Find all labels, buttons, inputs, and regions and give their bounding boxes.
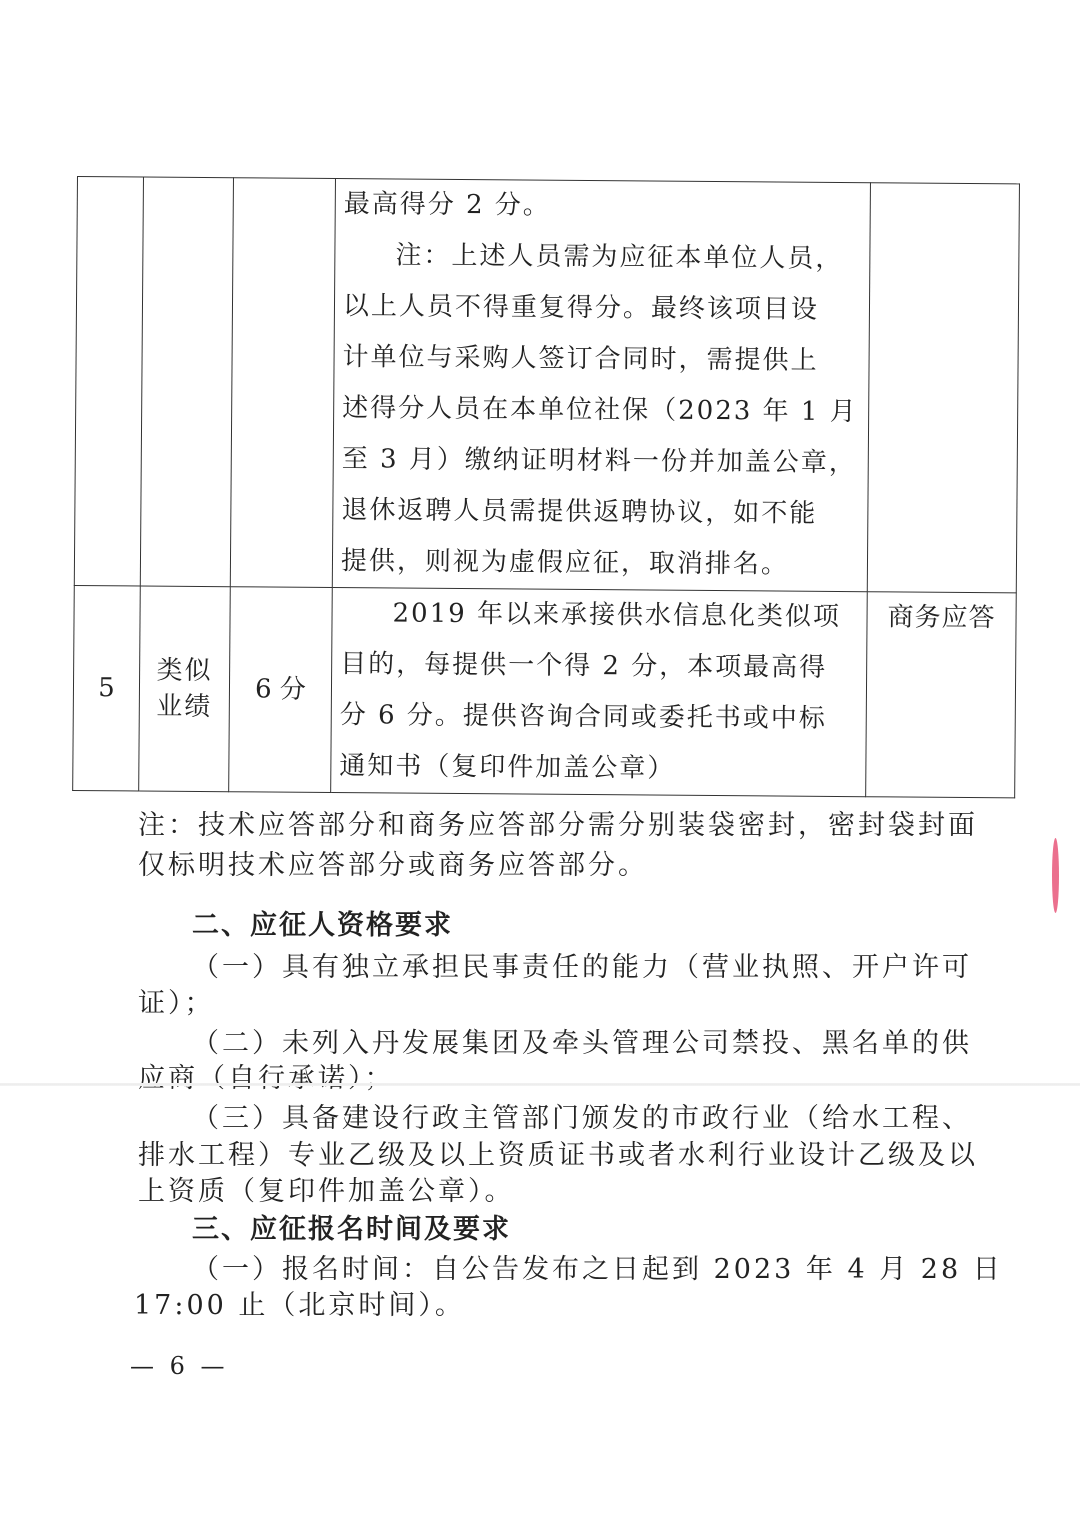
cell-number: 5 [73,585,141,791]
description-line: 注：上述人员需为应征本单位人员， [343,230,863,285]
description-line: 分 6 分。提供咨询合同或委托书或中标 [340,690,860,745]
cell-score: 6 分 [229,587,333,793]
description-line: 目的，每提供一个得 2 分，本项最高得 [340,639,860,694]
table-row-continued: 最高得分 2 分。 注：上述人员需为应征本单位人员， 以上人员不得重复得分。最终… [74,177,1019,593]
description-line: 最高得分 2 分。 [344,179,864,234]
cell-description: 最高得分 2 分。 注：上述人员需为应征本单位人员， 以上人员不得重复得分。最终… [332,179,870,592]
requirement-line: （三）具备建设行政主管部门颁发的市政行业（给水工程、 [192,1096,972,1135]
requirement-line: 17:00 止（北京时间）。 [134,1283,465,1322]
section-heading: 三、应征报名时间及要求 [192,1207,511,1246]
page-number: — 6 — [130,1352,229,1380]
cell-source: 商务应答 [866,592,1017,798]
description-line: 计单位与采购人签订合同时，需提供上 [342,332,862,387]
description-line: 至 3 月）缴纳证明材料一份并加盖公章， [342,434,862,489]
document-page: 最高得分 2 分。 注：上述人员需为应征本单位人员， 以上人员不得重复得分。最终… [0,0,1080,1527]
requirement-line: （二）未列入丹发展集团及牵头管理公司禁投、黑名单的供 [192,1021,972,1060]
requirement-line: （一）具有独立承担民事责任的能力（营业执照、开户许可 [192,945,972,984]
description-line: 述得分人员在本单位社保（2023 年 1 月 [342,383,862,438]
red-seal-stamp-edge [1052,838,1059,913]
description-line: 通知书（复印件加盖公章） [339,741,859,796]
description-line: 2019 年以来承接供水信息化类似项 [340,588,860,643]
description-line: 退休返聘人员需提供返聘协议，如不能 [341,485,861,540]
cell-score [230,178,335,588]
item-name-line: 业绩 [140,689,229,726]
requirement-line: 证）； [138,981,215,1020]
requirement-line: 上资质（复印件加盖公章）。 [138,1169,515,1208]
scoring-table: 最高得分 2 分。 注：上述人员需为应征本单位人员， 以上人员不得重复得分。最终… [72,176,1020,798]
note-line: 仅标明技术应答部分或商务应答部分。 [138,843,648,882]
item-name-line: 类似 [140,653,229,690]
description-line: 提供，则视为虚假应征，取消排名。 [341,536,861,591]
section-heading: 二、应征人资格要求 [192,903,453,942]
scan-fold-line [0,1083,1080,1086]
cell-item-name: 类似 业绩 [139,586,231,792]
description-line: 以上人员不得重复得分。最终该项目设 [343,281,863,336]
cell-description: 2019 年以来承接供水信息化类似项 目的，每提供一个得 2 分，本项最高得 分… [331,588,868,797]
note-line: 注：技术应答部分和商务应答部分需分别装袋密封，密封袋封面 [138,803,978,842]
requirement-line: 应商（自行承诺）； [138,1056,395,1095]
requirement-line: 排水工程）专业乙级及以上资质证书或者水利行业设计乙级及以 [138,1133,978,1172]
table-row-5: 5 类似 业绩 6 分 2019 年以来承接供水信息化类似项 目的，每提供一个得… [73,585,1017,797]
cell-number [74,177,143,587]
cell-item-name [140,177,233,587]
cell-source [867,183,1019,593]
requirement-line: （一）报名时间：自公告发布之日起到 2023 年 4 月 28 日 [192,1247,1003,1286]
